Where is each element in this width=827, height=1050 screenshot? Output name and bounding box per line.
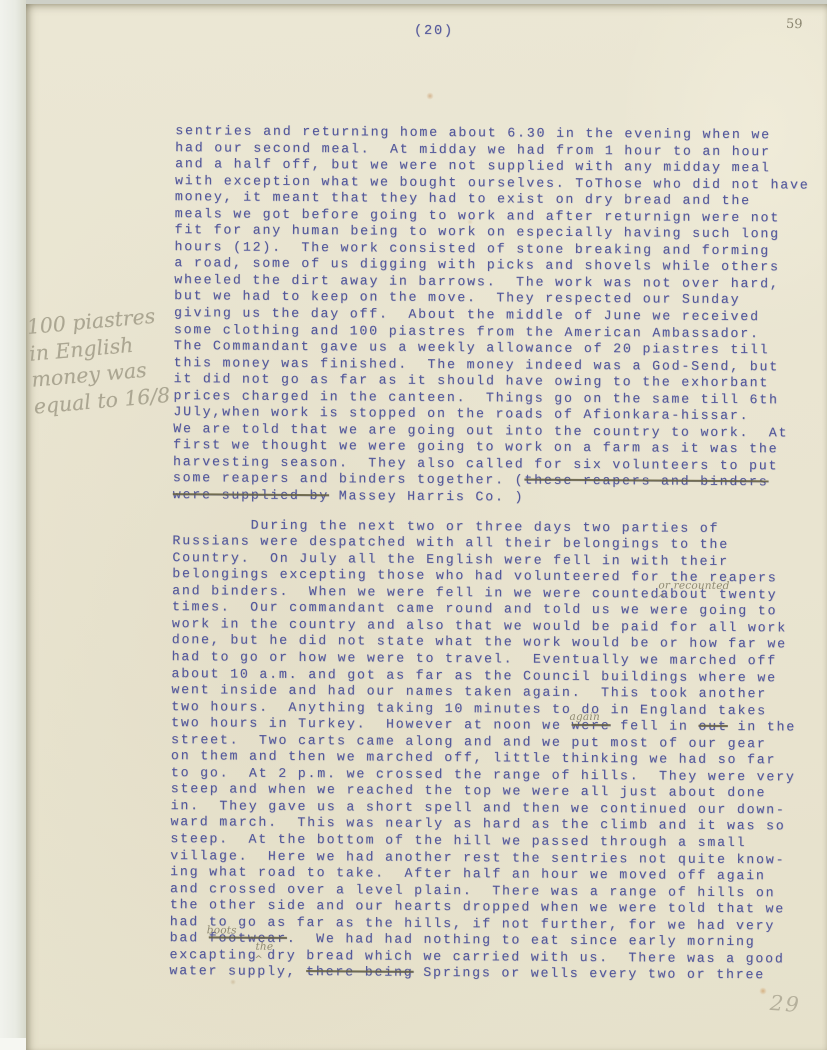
pencil-folio-top-right: 59 bbox=[786, 17, 803, 33]
paragraph: During the next two or three days two pa… bbox=[169, 517, 827, 985]
caret-mark: ^ bbox=[254, 955, 264, 965]
typewritten-page: (20) sentries and returning home about 6… bbox=[26, 4, 827, 1050]
caret-mark: ^ bbox=[657, 594, 667, 604]
typed-body: sentries and returning home about 6.30 i… bbox=[169, 123, 827, 984]
struck-text: out bbox=[698, 719, 727, 734]
pencil-folio-bottom-right: 29 bbox=[769, 991, 801, 1017]
struck-text: footwearboots bbox=[209, 931, 287, 947]
struck-text: wereagain bbox=[571, 718, 610, 733]
typed-line: water supply, there being Springs or wel… bbox=[169, 963, 827, 984]
page-number: (20) bbox=[414, 24, 454, 39]
paragraph: sentries and returning home about 6.30 i… bbox=[173, 123, 827, 508]
struck-text: these reapers and binders bbox=[524, 473, 768, 490]
page-content: (20) sentries and returning home about 6… bbox=[19, 1, 827, 1050]
struck-text: were supplied by bbox=[173, 487, 329, 503]
marginalia-note: 100 piastres in English money was equal … bbox=[26, 298, 215, 419]
struck-text: there being bbox=[306, 964, 414, 980]
document-scan: (20) sentries and returning home about 6… bbox=[0, 0, 827, 1050]
